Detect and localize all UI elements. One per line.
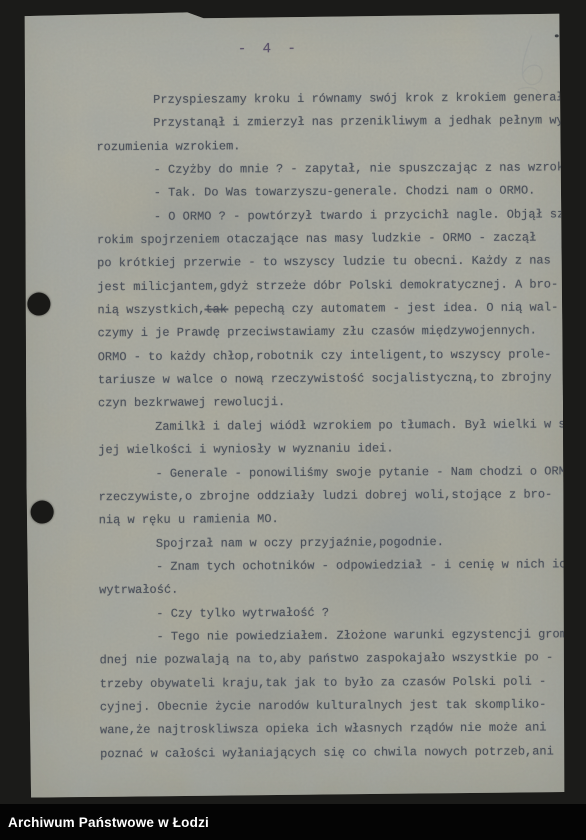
document-page: - 4 - Przyspieszamy kroku i równamy swój… <box>24 9 566 797</box>
text-line: rozumienia wzrokiem. <box>96 133 561 159</box>
text-line: Zamilkł i dalej wiódł wzrokiem po tłumac… <box>98 413 563 439</box>
text-line: ORMO - to każdy chłop,robotnik czy intel… <box>98 343 563 369</box>
text-line: poznać w całości wyłaniających się co ch… <box>100 740 565 766</box>
archive-name-label: Archiwum Państwowe w Łodzi <box>8 815 209 830</box>
text-line: tariusze w walce o nową rzeczywistość so… <box>98 366 563 392</box>
punch-hole <box>27 292 50 315</box>
text-line: Przyspieszamy kroku i równamy swój krok … <box>96 86 561 112</box>
struck-word: tak <box>205 303 227 317</box>
text-line: - Znam tych ochotników - odpowiedział - … <box>99 553 564 579</box>
archive-caption-bar: Archiwum Państwowe w Łodzi <box>0 804 586 840</box>
text-line: wane,że najtroskliwsza opieka ich własny… <box>100 717 565 743</box>
text-line: - Tak. Do Was towarzyszu-generale. Chodz… <box>97 180 562 206</box>
text-line: nią wszystkich,tak pepechą czy automatem… <box>97 296 562 322</box>
text-line: - O ORMO ? - powtórzył twardo i przycich… <box>97 203 562 229</box>
typewritten-text: Przyspieszamy kroku i równamy swój krok … <box>96 86 565 766</box>
text-line: wytrwałość. <box>99 577 564 603</box>
text-line: - Czyżby do mnie ? - zapytał, nie spuszc… <box>97 156 562 182</box>
text-line: nią w ręku u ramienia MO. <box>99 507 564 533</box>
text-line: - Generale - ponowiliśmy swoje pytanie -… <box>98 460 563 486</box>
text-line: czymy i je Prawdę przeciwstawiamy złu cz… <box>98 320 563 346</box>
text-line: jej wielkości i wyniosły w wyznaniu idei… <box>98 437 563 463</box>
text-line: rzeczywiste,o zbrojne oddziały ludzi dob… <box>99 483 564 509</box>
text-line: po krótkiej przerwie - to wszyscy ludzie… <box>97 250 562 276</box>
punch-hole <box>31 500 54 523</box>
text-line: Spojrzał nam w oczy przyjaźnie,pogodnie. <box>99 530 564 556</box>
text-line: trzeby obywateli kraju,tak jak to było z… <box>100 670 565 696</box>
text-line: jest milicjantem,gdyż strzeże dóbr Polsk… <box>97 273 562 299</box>
scanned-document-viewer: - 4 - Przyspieszamy kroku i równamy swój… <box>0 0 586 840</box>
page-number: - 4 - <box>238 41 300 57</box>
text-line: Przystanął i zmierzył nas przenikliwym a… <box>96 110 561 136</box>
text-line: cyjnej. Obecnie życie narodów kulturalny… <box>100 693 565 719</box>
ink-speck <box>555 34 559 37</box>
text-line: rokim spojrzeniem otaczające nas masy lu… <box>97 226 562 252</box>
text-line: - Tego nie powiedziałem. Złożone warunki… <box>99 623 564 649</box>
text-line: czyn bezkrwawej rewolucji. <box>98 390 563 416</box>
text-line: dnej nie pozwalają na to,aby państwo zas… <box>99 647 564 673</box>
text-line: - Czy tylko wytrwałość ? <box>99 600 564 626</box>
